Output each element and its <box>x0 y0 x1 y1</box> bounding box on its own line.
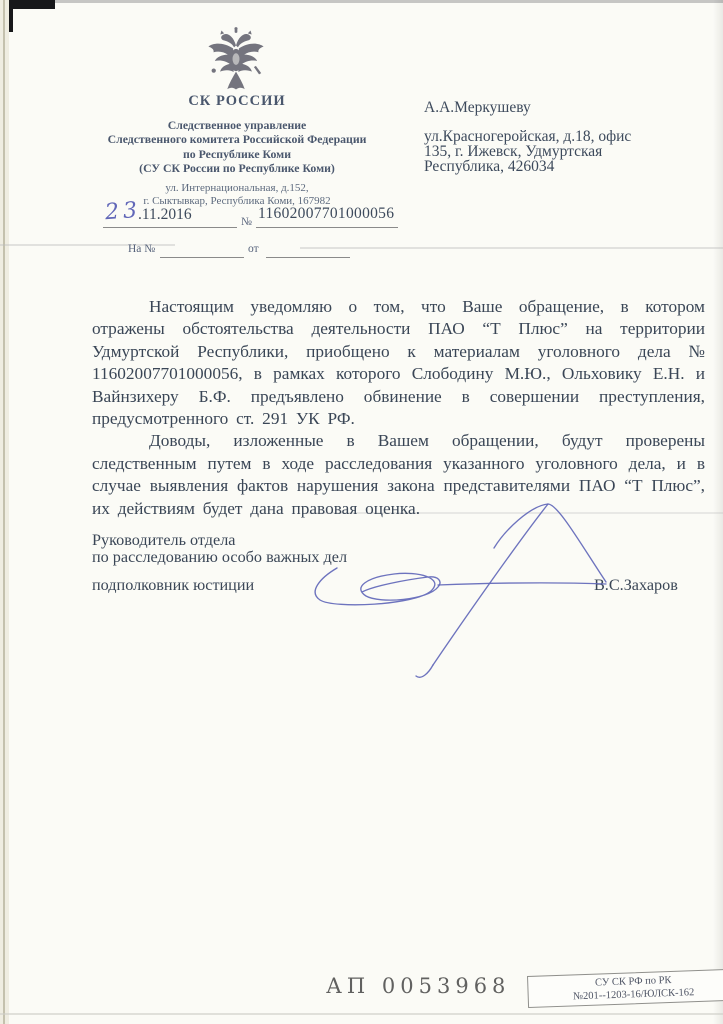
scan-streak <box>300 247 723 249</box>
recipient-address-line: Республика, 426034 <box>424 159 714 174</box>
scanned-letter-page: СК РОССИИ Следственное управление Следст… <box>0 0 723 1024</box>
agency-full-title: Следственное управление Следственного ко… <box>57 118 417 176</box>
scan-top-edge <box>55 0 723 3</box>
reference-label-ot: от <box>248 243 259 255</box>
recipient-address-line: ул.Красногеройская, д.18, офис <box>424 129 714 144</box>
reference-label-na: На № <box>128 243 155 255</box>
recipient-name: А.А.Меркушеву <box>424 99 531 117</box>
letter-date: .11.2016 <box>138 206 192 224</box>
number-underline <box>256 226 398 228</box>
handwritten-signature <box>300 488 612 686</box>
body-paragraph: Настоящим уведомляю о том, что Ваше обра… <box>92 296 705 430</box>
agency-title-line: (СУ СК России по Республике Коми) <box>57 161 417 175</box>
number-sign: № <box>241 216 252 228</box>
signer-rank: подполковник юстиции <box>92 576 254 595</box>
blank-form-number: АП 0053968 <box>326 974 510 998</box>
reference-underline <box>266 256 350 258</box>
scan-left-edge-line <box>3 0 5 1024</box>
letter-body: Настоящим уведомляю о том, что Ваше обра… <box>92 296 705 520</box>
agency-title-line: Следственного комитета Российской Федера… <box>57 132 417 146</box>
reference-underline <box>160 256 244 258</box>
handwritten-date-day: 23 <box>104 198 142 225</box>
agency-title-line: по Республике Коми <box>57 147 417 161</box>
coat-of-arms-eagle-icon <box>205 26 267 94</box>
agency-title-line: Следственное управление <box>57 118 417 132</box>
registration-stamp: СУ СК РФ по РК №201--1203-16/ЮЛСК-162 <box>527 969 723 1008</box>
outgoing-number: 11602007701000056 <box>258 205 394 223</box>
date-underline <box>103 226 237 228</box>
scan-streak <box>0 1013 723 1015</box>
agency-name: СК РОССИИ <box>85 93 389 110</box>
agency-address-line: ул. Интернациональная, д.152, <box>57 182 417 195</box>
recipient-address: ул.Красногеройская, д.18, офис 135, г. И… <box>424 129 714 174</box>
recipient-address-line: 135, г. Ижевск, Удмуртская <box>424 144 714 159</box>
